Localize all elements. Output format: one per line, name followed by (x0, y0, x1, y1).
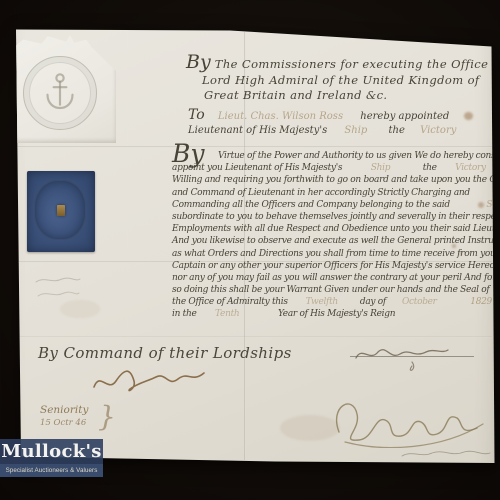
auction-photo: By The Commissioners for executing the O… (0, 0, 500, 500)
regnal-year-entry: Tenth (215, 309, 239, 319)
paper-flap (14, 34, 116, 143)
body-line: appoint you Lieutenant of His Majesty's … (172, 162, 492, 174)
seniority-note: Seniority 15 Octr 46 (40, 404, 88, 430)
header-initial: By (186, 51, 211, 73)
seniority-brace: } (98, 400, 116, 433)
body-line: and Command of Lieutenant in her accordi… (172, 187, 492, 199)
body-line: Willing and requiring you forthwith to g… (172, 174, 492, 186)
regnal-year-line: in the Tenth Year of His Majesty's Reign (172, 308, 492, 320)
vessel-line: Lieutenant of His Majesty's Ship the Vic… (188, 124, 456, 138)
month-entry: October (402, 296, 437, 308)
body-line: And you likewise to observe and execute … (172, 235, 492, 247)
body-line: so doing this shall be your Warrant Give… (172, 284, 492, 296)
parchment-document: By The Commissioners for executing the O… (0, 0, 500, 500)
commission-header: By The Commissioners for executing the O… (186, 55, 500, 104)
header-line-1: By The Commissioners for executing the O… (186, 55, 500, 73)
pencil-notation (34, 274, 82, 304)
secretary-ink-signature (90, 363, 208, 395)
body-line: nor any of you may fail as you will answ… (172, 272, 492, 284)
anchor-icon (40, 71, 80, 115)
vessel-name-entry: Victory (420, 125, 456, 136)
body-line: subordinate to you to behave themselves … (172, 211, 492, 223)
lord-commissioner-signature-1 (352, 340, 452, 376)
header-line-3: Great Britain and Ireland &c. (186, 88, 500, 104)
appointee-line: To Lieut. Chas. Wilson Ross hereby appoi… (188, 108, 456, 124)
embossed-admiralty-seal (23, 56, 97, 130)
watermark-logo: Mullock's Specialist Auctioneers & Value… (0, 439, 103, 477)
watermark-name-bar: Mullock's (0, 439, 103, 464)
paper-shadow-wrap: By The Commissioners for executing the O… (0, 0, 500, 500)
appointed-text: hereby appointed (360, 111, 449, 122)
body-line: Employments with all due Respect and Obe… (172, 223, 492, 235)
fold-crease-horizontal-1 (14, 146, 492, 148)
ship-entry: Ship (486, 200, 500, 210)
year-entry: 1829 (470, 296, 492, 308)
date-line: the Office of Admiralty this Twelfth day… (172, 296, 492, 308)
ship-entry: Ship (344, 125, 367, 136)
commission-body: Virtue of the Power and Authority to us … (172, 150, 492, 321)
body-line: as what Orders and Directions you shall … (172, 248, 492, 260)
watermark-name: Mullock's (1, 441, 101, 462)
body-line: Virtue of the Power and Authority to us … (172, 150, 492, 162)
header-line-2: Lord High Admiral of the United Kingdom … (186, 73, 500, 89)
docket-signature (400, 448, 492, 460)
stain (464, 112, 473, 120)
body-line: Commanding all the Officers and Company … (172, 199, 492, 211)
blue-revenue-stamp (27, 171, 95, 252)
body-line: Captain or any other your superior Offic… (172, 260, 492, 272)
appointee-name-entry: Lieut. Chas. Wilson Ross (218, 111, 343, 122)
ship-entry: Ship (371, 163, 390, 173)
command-line: By Command of their Lordships (38, 344, 292, 362)
day-entry: Twelfth (306, 296, 338, 308)
watermark-tagline: Specialist Auctioneers & Valuers (6, 467, 98, 474)
to-word: To (188, 107, 205, 123)
watermark-tagline-bar: Specialist Auctioneers & Valuers (0, 464, 103, 477)
appointment-block: To Lieut. Chas. Wilson Ross hereby appoi… (188, 108, 456, 138)
gold-seal-fragment (57, 205, 65, 216)
fold-crease-horizontal-3 (16, 336, 492, 338)
vessel-name-entry: Victory (455, 163, 486, 173)
lord-commissioner-signature-2 (323, 388, 491, 448)
